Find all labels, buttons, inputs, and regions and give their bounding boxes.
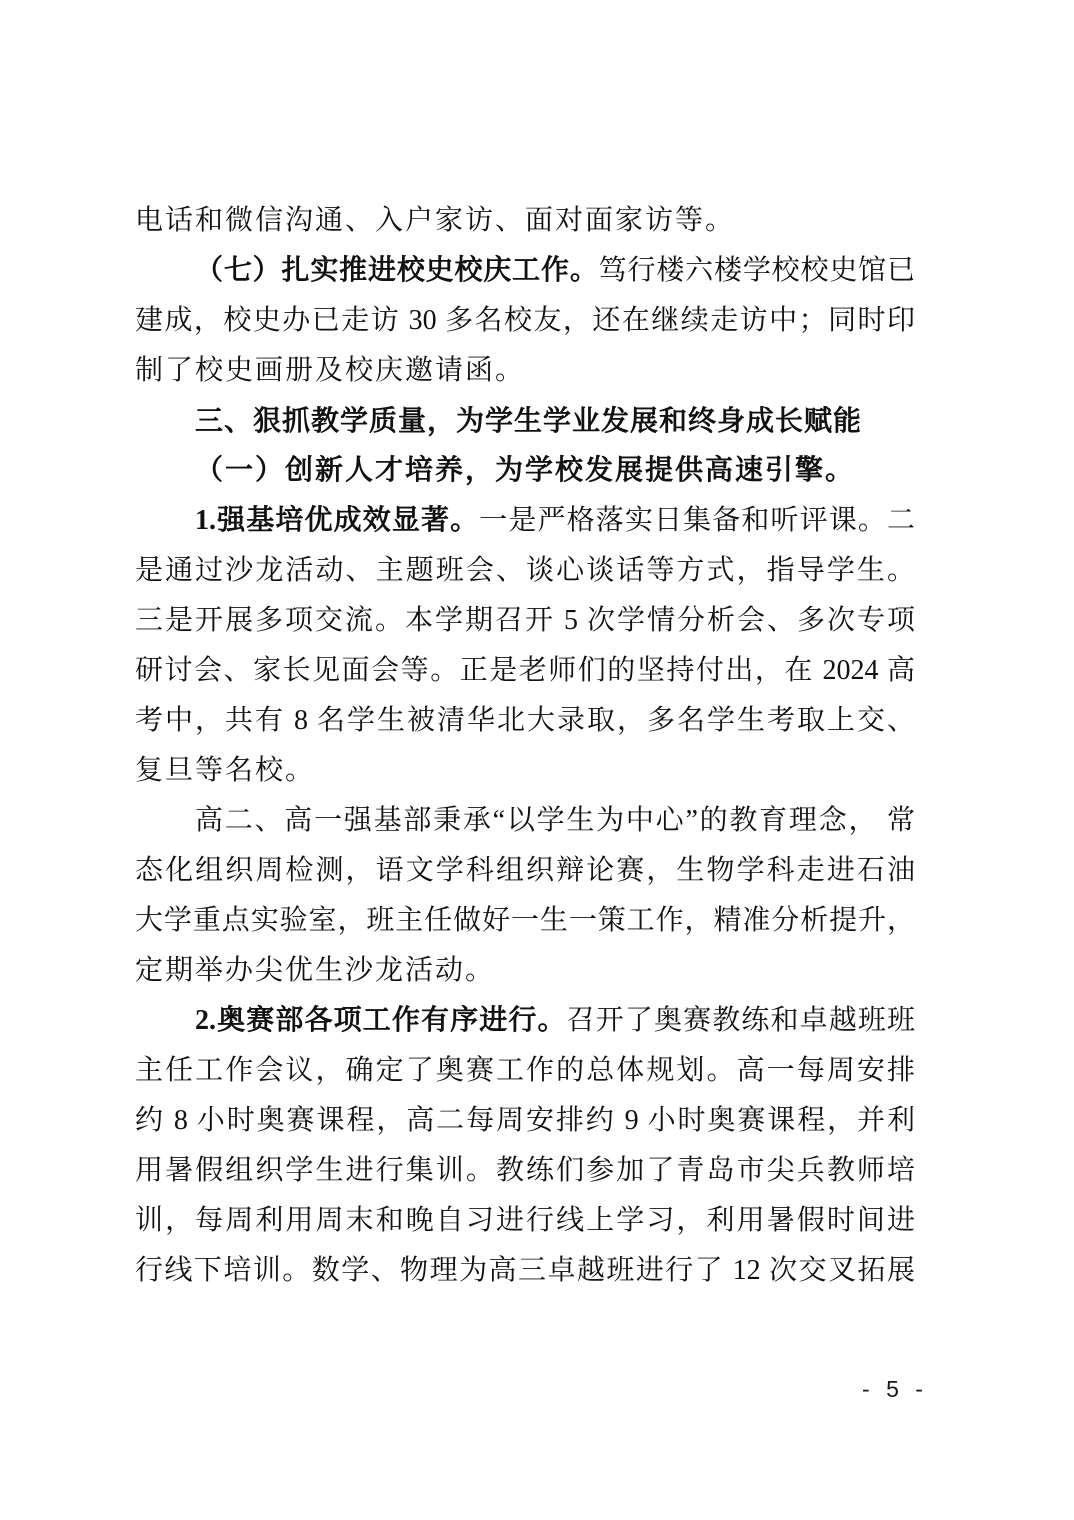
text-segment-body: 召开了奥赛教练和卓越班班 (567, 1005, 915, 1036)
section-heading: 三、狠抓教学质量，为学生学业发展和终身成长赋能 (135, 396, 915, 446)
text-segment-kai: 2.奥赛部各项工作有序进行。 (195, 1005, 567, 1036)
document-text-block: 电话和微信沟通、入户家访、面对面家访等。（七）扎实推进校史校庆工作。笃行楼六楼学… (135, 196, 915, 1296)
text-line: 大学重点实验室，班主任做好一生一策工作，精准分析提升， (135, 896, 915, 946)
text-line: 1.强基培优成效显著。一是严格落实日集备和听评课。二 (135, 496, 915, 546)
text-segment-body: 电话和微信沟通、入户家访、面对面家访等。 (135, 205, 735, 236)
text-line: 训，每周利用周末和晚自习进行线上学习，利用暑假时间进 (135, 1196, 915, 1246)
text-segment-body: 建成，校史办已走访 30 多名校友，还在继续走访中；同时印 (135, 305, 915, 336)
text-segment-body: 一是严格落实日集备和听评课。二 (479, 505, 915, 536)
page-number: - 5 - (815, 1364, 975, 1414)
text-segment-body: 制了校史画册及校庆邀请函。 (135, 355, 525, 386)
text-segment-body: 训，每周利用周末和晚自习进行线上学习，利用暑假时间进 (135, 1205, 915, 1236)
text-segment-body: 考中，共有 8 名学生被清华北大录取，多名学生考取上交、 (135, 705, 915, 736)
text-segment-body: 三是开展多项交流。本学期召开 5 次学情分析会、多次专项 (135, 605, 915, 636)
text-line: 2.奥赛部各项工作有序进行。召开了奥赛教练和卓越班班 (135, 996, 915, 1046)
text-line: 高二、高一强基部秉承“以学生为中心”的教育理念， 常 (135, 796, 915, 846)
text-line: 三是开展多项交流。本学期召开 5 次学情分析会、多次专项 (135, 596, 915, 646)
text-line: 态化组织周检测，语文学科组织辩论赛，生物学科走进石油 (135, 846, 915, 896)
text-segment-kai: 1.强基培优成效显著。 (195, 505, 479, 536)
text-line: 行线下培训。数学、物理为高三卓越班进行了 12 次交叉拓展 (135, 1246, 915, 1296)
text-line: 复旦等名校。 (135, 746, 915, 796)
text-line: 研讨会、家长见面会等。正是老师们的坚持付出，在 2024 高 (135, 646, 915, 696)
text-segment-body: 态化组织周检测，语文学科组织辩论赛，生物学科走进石油 (135, 855, 915, 886)
text-segment-body: 定期举办尖优生沙龙活动。 (135, 955, 495, 986)
text-line: 主任工作会议，确定了奥赛工作的总体规划。高一每周安排 (135, 1046, 915, 1096)
text-segment-body: 高二、高一强基部秉承“以学生为中心”的教育理念， 常 (195, 805, 915, 836)
text-line: 考中，共有 8 名学生被清华北大录取，多名学生考取上交、 (135, 696, 915, 746)
text-segment-body: 行线下培训。数学、物理为高三卓越班进行了 12 次交叉拓展 (135, 1255, 915, 1286)
text-line: 电话和微信沟通、入户家访、面对面家访等。 (135, 196, 915, 246)
text-segment-body: 约 8 小时奥赛课程，高二每周安排约 9 小时奥赛课程，并利 (135, 1105, 915, 1136)
text-line: 制了校史画册及校庆邀请函。 (135, 346, 915, 396)
document-page: 电话和微信沟通、入户家访、面对面家访等。（七）扎实推进校史校庆工作。笃行楼六楼学… (0, 0, 1074, 1520)
text-line: （七）扎实推进校史校庆工作。笃行楼六楼学校校史馆已 (135, 246, 915, 296)
text-line: 建成，校史办已走访 30 多名校友，还在继续走访中；同时印 (135, 296, 915, 346)
text-segment-body: 是通过沙龙活动、主题班会、谈心谈话等方式，指导学生。 (135, 555, 915, 586)
text-line: （一）创新人才培养，为学校发展提供高速引擎。 (135, 446, 915, 496)
text-line: 约 8 小时奥赛课程，高二每周安排约 9 小时奥赛课程，并利 (135, 1096, 915, 1146)
text-segment-body: 用暑假组织学生进行集训。教练们参加了青岛市尖兵教师培 (135, 1155, 915, 1186)
text-segment-body: 大学重点实验室，班主任做好一生一策工作，精准分析提升， (135, 905, 915, 936)
text-segment-body: 笃行楼六楼学校校史馆已 (599, 255, 915, 286)
text-line: 是通过沙龙活动、主题班会、谈心谈话等方式，指导学生。 (135, 546, 915, 596)
text-segment-body: 研讨会、家长见面会等。正是老师们的坚持付出，在 2024 高 (135, 655, 915, 686)
text-segment-body: 复旦等名校。 (135, 755, 315, 786)
text-segment-kai: （七）扎实推进校史校庆工作。 (195, 255, 599, 286)
text-segment-heading: 三、狠抓教学质量，为学生学业发展和终身成长赋能 (195, 405, 862, 436)
text-segment-kai: （一）创新人才培养，为学校发展提供高速引擎。 (195, 455, 855, 486)
text-segment-body: 主任工作会议，确定了奥赛工作的总体规划。高一每周安排 (135, 1055, 915, 1086)
text-line: 用暑假组织学生进行集训。教练们参加了青岛市尖兵教师培 (135, 1146, 915, 1196)
text-line: 定期举办尖优生沙龙活动。 (135, 946, 915, 996)
